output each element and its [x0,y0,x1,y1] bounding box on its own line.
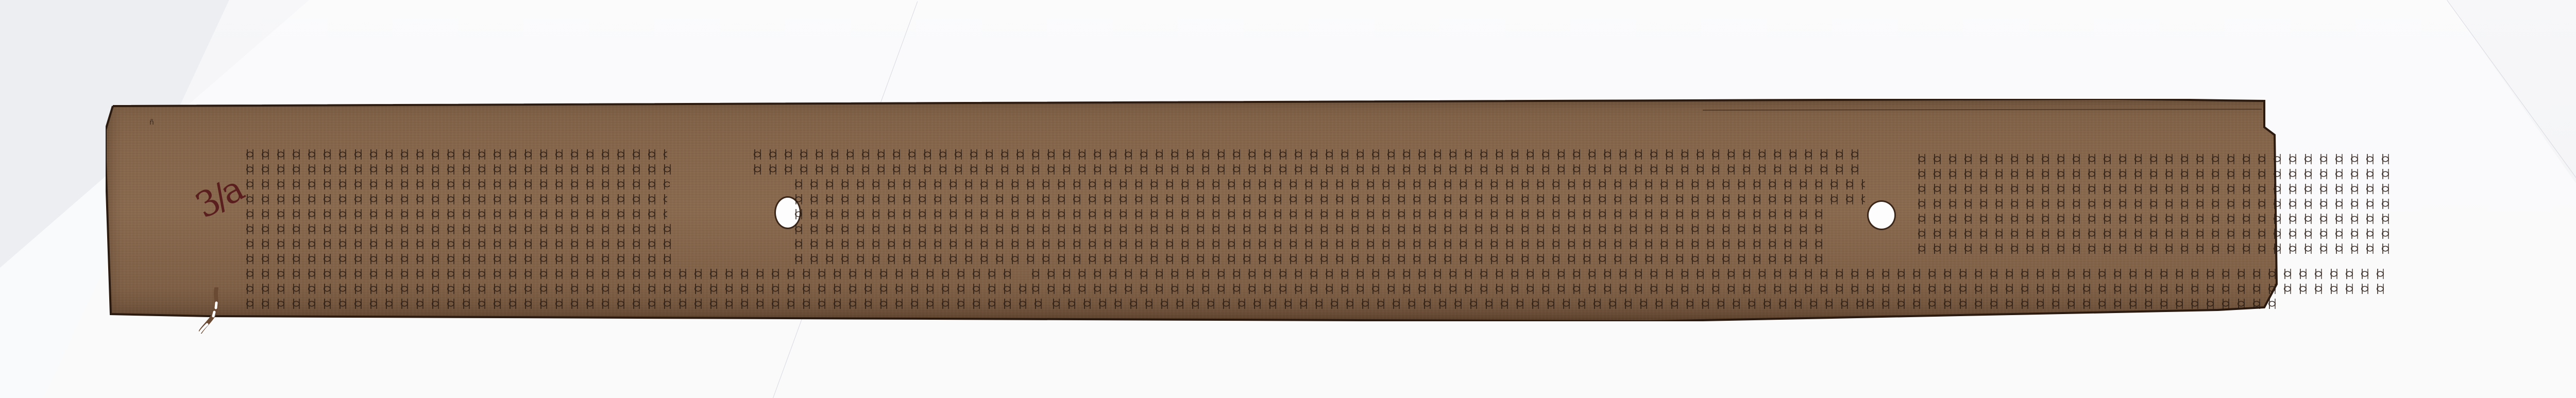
manuscript-line [793,207,1824,221]
binding-hole-right [1869,202,1894,229]
manuscript-line [793,222,1824,236]
manuscript-line [245,297,1048,310]
manuscript-line [1917,212,2391,226]
manuscript-line [793,178,1865,191]
manuscript-line [245,163,672,176]
manuscript-line [245,207,667,221]
manuscript-line [1917,167,2391,181]
manuscript-line [793,252,1824,266]
manuscript-line [752,148,1865,161]
manuscript-line [1917,227,2391,240]
manuscript-line [245,252,672,266]
manuscript-line [1030,267,1865,281]
manuscript-line [245,282,1028,296]
binding-string [199,287,230,334]
manuscript-line [1030,282,1865,296]
manuscript-line [245,148,667,161]
manuscript-line [1865,297,2277,310]
manuscript-line [793,193,1865,206]
manuscript-line [1051,297,1865,310]
margin-mark: ñ [149,118,154,127]
manuscript-line [1865,267,2391,281]
manuscript-line [245,237,672,251]
manuscript-line [1917,197,2391,211]
manuscript-line [245,222,672,236]
manuscript-line [1865,282,2391,296]
manuscript-line [1917,182,2391,196]
manuscript-line [245,178,670,191]
manuscript-line [1917,242,2391,255]
manuscript-line [1917,152,2391,166]
manuscript-line [793,237,1824,251]
manuscript-line [245,267,1018,281]
manuscript-line [752,163,1865,176]
manuscript-line [245,193,667,206]
